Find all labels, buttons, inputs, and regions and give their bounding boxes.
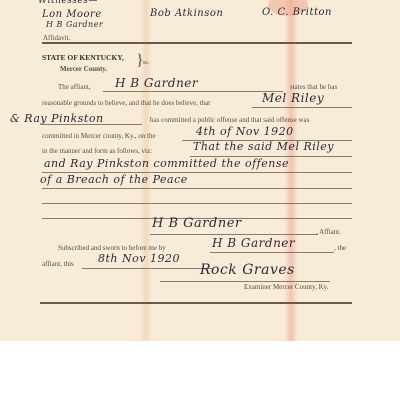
- witness-2: Bob Atkinson: [150, 8, 223, 19]
- witness-3: O. C. Britton: [262, 7, 332, 18]
- examiner-label: Examiner Mercer County, Ky.: [244, 283, 328, 291]
- state-label: STATE OF KENTUCKY,: [42, 53, 124, 62]
- blank-line: [42, 188, 352, 189]
- jurat-line1-text: Subscribed and sworn to before me by: [58, 244, 166, 252]
- examiner-signature: Rock Graves: [200, 262, 295, 278]
- line3-text: has committed a public offense and that …: [150, 116, 309, 124]
- affidavit-document: Witnesses— Lon Moore Bob Atkinson O. C. …: [0, 0, 400, 341]
- affiant-signature: H B Gardner: [152, 216, 242, 231]
- affiant-name: H B Gardner: [115, 76, 198, 90]
- line4-text: committed in Mercer county, Ky., on the: [42, 132, 156, 140]
- form-title: Affidavit.: [43, 34, 70, 42]
- blank-line: [252, 107, 352, 108]
- witness-4: H B Gardner: [46, 20, 103, 29]
- county-label: Mercer County.: [60, 65, 107, 73]
- signature-line: [150, 234, 318, 235]
- examiner-signature-line: [160, 281, 330, 282]
- witness-1: Lon Moore: [42, 9, 102, 20]
- offense-date: 4th of Nov 1920: [196, 125, 294, 138]
- affiant-label: , Affiant.: [316, 228, 341, 236]
- affiant-prefix: The affiant,: [58, 83, 91, 91]
- statement-line-1: That the said Mel Riley: [193, 140, 334, 153]
- ss-label: ss.: [143, 60, 149, 66]
- blank-line: [42, 124, 142, 125]
- blank-line: [210, 252, 334, 253]
- footer-rule: [40, 302, 352, 304]
- sworn-by: H B Gardner: [212, 236, 295, 250]
- witnesses-label: Witnesses—: [38, 0, 98, 6]
- blank-line: [82, 268, 212, 269]
- blank-line: [103, 91, 283, 92]
- jurat-line1-suffix: , the: [334, 244, 346, 252]
- accused-1: Mel Riley: [262, 91, 324, 105]
- affiant-suffix: states that he has: [290, 83, 337, 91]
- jurat-line2-text: affiant, this: [42, 260, 74, 268]
- blank-line: [42, 203, 352, 204]
- statement-line-3: of a Breach of the Peace: [40, 173, 188, 186]
- header-rule: [42, 42, 352, 44]
- line2-text: reasonable grounds to believe, and that …: [42, 99, 210, 107]
- statement-line-2: and Ray Pinkston committed the offense: [44, 157, 289, 170]
- sworn-date: 8th Nov 1920: [98, 252, 180, 265]
- line5-text: in the manner and form as follows, viz:: [42, 147, 152, 155]
